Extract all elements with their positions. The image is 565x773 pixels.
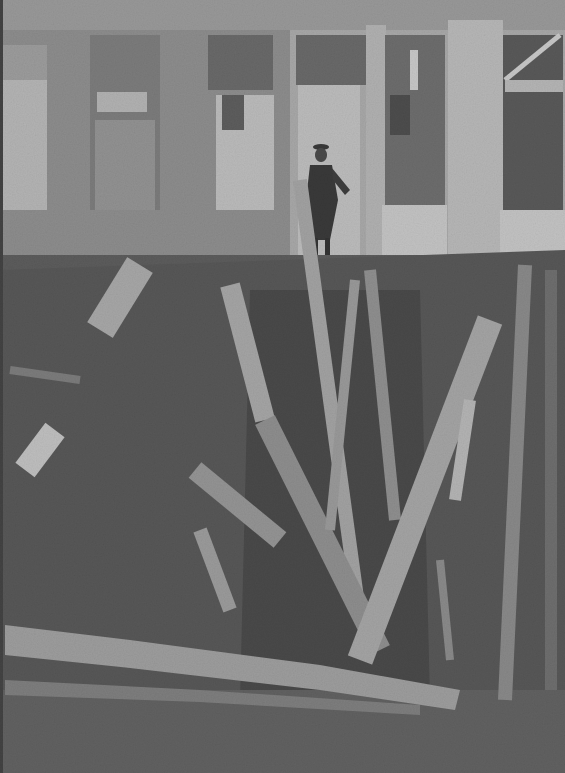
window-left (2, 45, 47, 210)
doorway-center (208, 35, 274, 210)
window-right (382, 35, 447, 260)
photograph (0, 0, 565, 773)
window-far-right (500, 35, 565, 270)
window-second (90, 35, 160, 210)
